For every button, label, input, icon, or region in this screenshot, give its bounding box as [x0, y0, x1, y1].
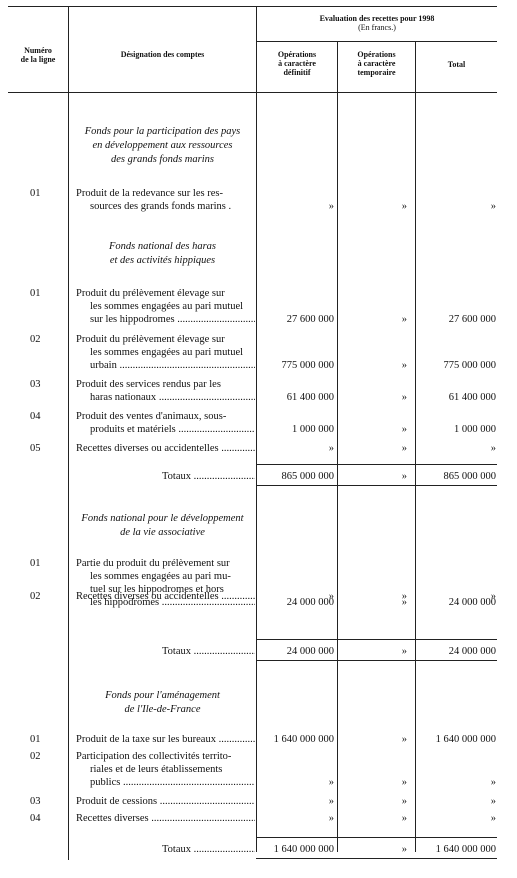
column-rule [415, 41, 416, 852]
header-line-number: Numéro de la ligne [10, 46, 66, 64]
column-rule [337, 41, 338, 852]
account-label: Recettes diverses ou accidentelles [76, 442, 255, 455]
header-text: Opérations [278, 50, 316, 59]
account-label-line: produits et matériels [76, 423, 255, 436]
totals-total: 24 000 000 [417, 645, 496, 658]
header-unit: (En francs.) [358, 23, 396, 32]
value-temporaire: » [339, 423, 407, 436]
account-label-line: sur les hippodromes [76, 313, 255, 326]
row-rule [256, 464, 497, 465]
account-label-line: Produit de cessions [76, 795, 255, 808]
row-rule [256, 660, 497, 661]
value-total: » [417, 812, 496, 825]
budget-table: Numéro de la ligne Désignation des compt… [0, 0, 517, 878]
account-label-line: Produit des services rendus par les [76, 378, 255, 391]
account-label: Produit du prélèvement élevage surles so… [76, 287, 255, 326]
account-label-line: Produit de la redevance sur les res- [76, 187, 255, 200]
value-temporaire: » [339, 200, 407, 213]
section-title-line: Fonds pour la participation des pays [85, 126, 240, 137]
header-definitif: Opérations à caractère définitif [257, 50, 337, 77]
totals-label-text: Totaux [162, 843, 255, 856]
header-temporaire: Opérations à caractère temporaire [338, 50, 415, 77]
section-title: Fonds national pour le développementde l… [70, 512, 255, 540]
line-number: 01 [30, 187, 41, 200]
header-designation: Désignation des comptes [69, 50, 256, 59]
line-number: 05 [30, 442, 41, 455]
value-total: » [417, 200, 496, 213]
line-number: 01 [30, 733, 41, 746]
header-evaluation: Evaluation des recettes pour 1998 (En fr… [257, 14, 497, 32]
account-label-line: Produit de la taxe sur les bureaux [76, 733, 255, 746]
account-label-line: Participation des collectivités territo- [76, 750, 255, 763]
account-label-line: sources des grands fonds marins . [76, 200, 255, 213]
totals-label-text: Totaux [162, 645, 255, 658]
value-definitif: » [258, 776, 334, 789]
account-label-line: publics [76, 776, 255, 789]
column-rule [68, 6, 69, 860]
totals-label: Totaux [76, 470, 255, 483]
section-title-line: et des activités hippiques [110, 255, 215, 266]
account-label-line: riales et de leurs établissements [76, 763, 255, 776]
totals-temporaire: » [339, 843, 407, 856]
value-temporaire: » [339, 795, 407, 808]
line-number: 03 [30, 795, 41, 808]
section-title-line: Fonds national pour le développement [81, 513, 243, 524]
account-label-line: les sommes engagées au pari mutuel [76, 300, 255, 313]
section-title-line: en développement aux ressources [92, 140, 232, 151]
line-number: 02 [30, 750, 41, 763]
line-number: 04 [30, 410, 41, 423]
value-temporaire: » [339, 391, 407, 404]
account-label: Produit des services rendus par lesharas… [76, 378, 255, 404]
account-label: Produit de cessions [76, 795, 255, 808]
table-top-border [8, 6, 497, 7]
header-text: temporaire [357, 68, 395, 77]
value-temporaire: » [339, 733, 407, 746]
line-number: 04 [30, 812, 41, 825]
value-temporaire: » [339, 776, 407, 789]
value-total: » [417, 776, 496, 789]
account-label-line: Recettes diverses [76, 812, 255, 825]
totals-label: Totaux [76, 843, 255, 856]
section-title-line: de la vie associative [120, 527, 205, 538]
account-label-line: Partie du produit du prélèvement sur [76, 557, 255, 570]
account-label-line: Produit du prélèvement élevage sur [76, 333, 255, 346]
column-rule [256, 6, 257, 852]
value-temporaire: » [339, 812, 407, 825]
section-title-line: des grands fonds marins [111, 154, 214, 165]
value-temporaire: » [339, 442, 407, 455]
totals-temporaire: » [339, 645, 407, 658]
account-label: Produit du prélèvement élevage surles so… [76, 333, 255, 372]
row-rule [256, 858, 497, 859]
account-label-line: haras nationaux [76, 391, 255, 404]
account-label: Produit des ventes d'animaux, sous-produ… [76, 410, 255, 436]
value-total: 1 000 000 [417, 423, 496, 436]
account-label-line: urbain [76, 359, 255, 372]
value-total: 1 640 000 000 [417, 733, 496, 746]
value-temporaire: » [339, 313, 407, 326]
value-definitif: » [258, 442, 334, 455]
value-temporaire: » [339, 359, 407, 372]
section-title: Fonds pour la participation des paysen d… [70, 125, 255, 167]
header-bottom-border [8, 92, 497, 93]
value-definitif: 61 400 000 [258, 391, 334, 404]
value-total: 775 000 000 [417, 359, 496, 372]
line-number: 02 [30, 333, 41, 346]
value-definitif: 1 000 000 [258, 423, 334, 436]
account-label-line: les sommes engagées au pari mu- [76, 570, 255, 583]
line-number: 03 [30, 378, 41, 391]
line-number: 02 [30, 590, 41, 603]
totals-definitif: 24 000 000 [258, 645, 334, 658]
value-definitif: 1 640 000 000 [258, 733, 334, 746]
account-label-line: Produit du prélèvement élevage sur [76, 287, 255, 300]
value-definitif: 775 000 000 [258, 359, 334, 372]
account-label: Participation des collectivités territo-… [76, 750, 255, 789]
header-text: Opérations [357, 50, 395, 59]
section-title: Fonds pour l'aménagementde l'Ile-de-Fran… [70, 689, 255, 717]
header-text: de la ligne [21, 55, 56, 64]
value-total: » [417, 442, 496, 455]
value-total: 61 400 000 [417, 391, 496, 404]
section-title: Fonds national des haraset des activités… [70, 240, 255, 268]
row-rule [256, 639, 497, 640]
value-definitif: » [258, 590, 334, 603]
section-title-line: Fonds pour l'aménagement [105, 690, 220, 701]
value-temporaire: » [339, 590, 407, 603]
account-label-line: les sommes engagées au pari mutuel [76, 346, 255, 359]
header-text: à caractère [278, 59, 316, 68]
account-label: Produit de la redevance sur les res-sour… [76, 187, 255, 213]
value-definitif: » [258, 200, 334, 213]
totals-definitif: 865 000 000 [258, 470, 334, 483]
value-total: » [417, 795, 496, 808]
header-text: Evaluation des recettes pour 1998 [320, 14, 435, 23]
value-definitif: » [258, 795, 334, 808]
value-definitif: 27 600 000 [258, 313, 334, 326]
account-label: Produit de la taxe sur les bureaux [76, 733, 255, 746]
line-number: 01 [30, 557, 41, 570]
line-number: 01 [30, 287, 41, 300]
row-rule [256, 837, 497, 838]
account-label-line: Recettes diverses ou accidentelles [76, 442, 255, 455]
account-label: Recettes diverses [76, 812, 255, 825]
totals-total: 865 000 000 [417, 470, 496, 483]
value-definitif: » [258, 812, 334, 825]
account-label: Recettes diverses ou accidentelles [76, 590, 255, 603]
section-title-line: Fonds national des haras [109, 241, 216, 252]
header-text: à caractère [358, 59, 396, 68]
header-total: Total [416, 60, 497, 69]
value-total: 27 600 000 [417, 313, 496, 326]
value-total: » [417, 590, 496, 603]
row-rule [256, 485, 497, 486]
section-title-line: de l'Ile-de-France [125, 704, 201, 715]
totals-definitif: 1 640 000 000 [258, 843, 334, 856]
totals-temporaire: » [339, 470, 407, 483]
totals-total: 1 640 000 000 [417, 843, 496, 856]
header-text: Numéro [24, 46, 52, 55]
header-text: définitif [283, 68, 310, 77]
totals-label: Totaux [76, 645, 255, 658]
account-label-line: Recettes diverses ou accidentelles [76, 590, 255, 603]
header-divider [256, 41, 497, 42]
totals-label-text: Totaux [162, 470, 255, 483]
account-label-line: Produit des ventes d'animaux, sous- [76, 410, 255, 423]
